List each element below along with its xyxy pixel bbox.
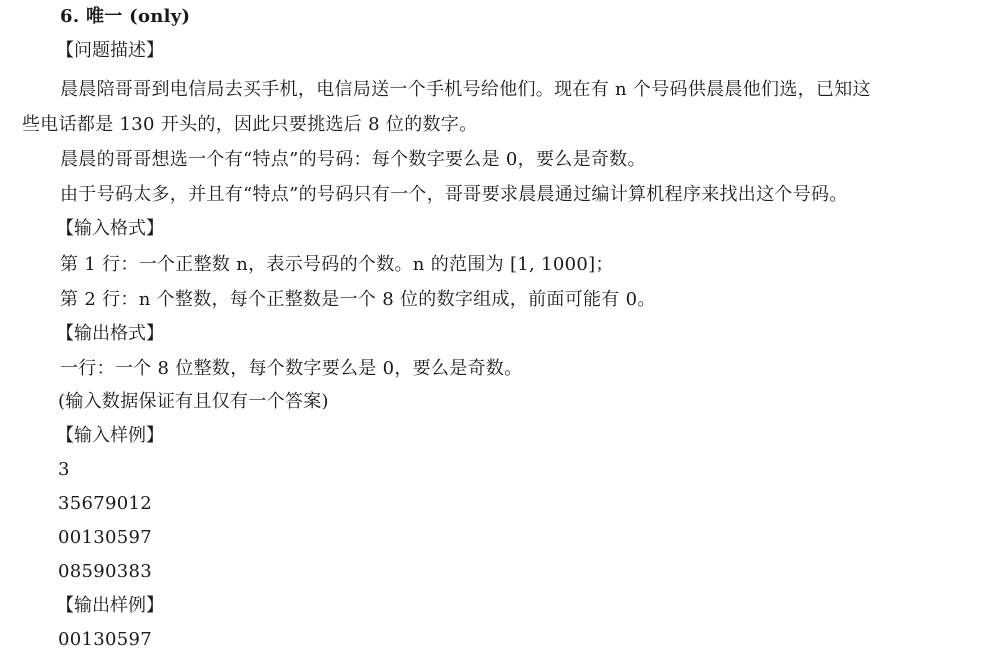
description-line: 由于号码太多，并且有“特点”的号码只有一个，哥哥要求晨晨通过编计算机程序来找出这…	[60, 183, 848, 207]
output-format-note: (输入数据保证有且仅有一个答案)	[58, 390, 329, 414]
sample-output-line: 00130597	[58, 628, 152, 652]
sample-input-heading: 【输入样例】	[56, 424, 164, 448]
sample-input-line: 08590383	[58, 560, 152, 584]
sample-input-line: 00130597	[58, 526, 152, 550]
description-line: 晨晨陪哥哥到电信局去买手机，电信局送一个手机号给他们。现在有 n 个号码供晨晨他…	[60, 78, 871, 102]
input-format-heading: 【输入格式】	[56, 217, 164, 241]
sample-output-heading: 【输出样例】	[56, 594, 164, 618]
sample-input-line: 35679012	[58, 492, 152, 516]
sample-input-line: 3	[58, 458, 70, 482]
description-line: 些电话都是 130 开头的，因此只要挑选后 8 位的数字。	[22, 113, 477, 137]
input-format-line: 第 1 行：一个正整数 n，表示号码的个数。n 的范围为 [1, 1000]；	[60, 253, 614, 277]
input-format-line: 第 2 行：n 个整数，每个正整数是一个 8 位的数字组成，前面可能有 0。	[60, 288, 656, 312]
output-format-heading: 【输出格式】	[56, 322, 164, 346]
description-line: 晨晨的哥哥想选一个有“特点”的号码：每个数字要么是 0，要么是奇数。	[60, 148, 646, 172]
output-format-line: 一行：一个 8 位整数，每个数字要么是 0，要么是奇数。	[60, 357, 522, 381]
problem-title: 6. 唯一 (only)	[60, 5, 190, 29]
description-heading: 【问题描述】	[56, 39, 164, 63]
